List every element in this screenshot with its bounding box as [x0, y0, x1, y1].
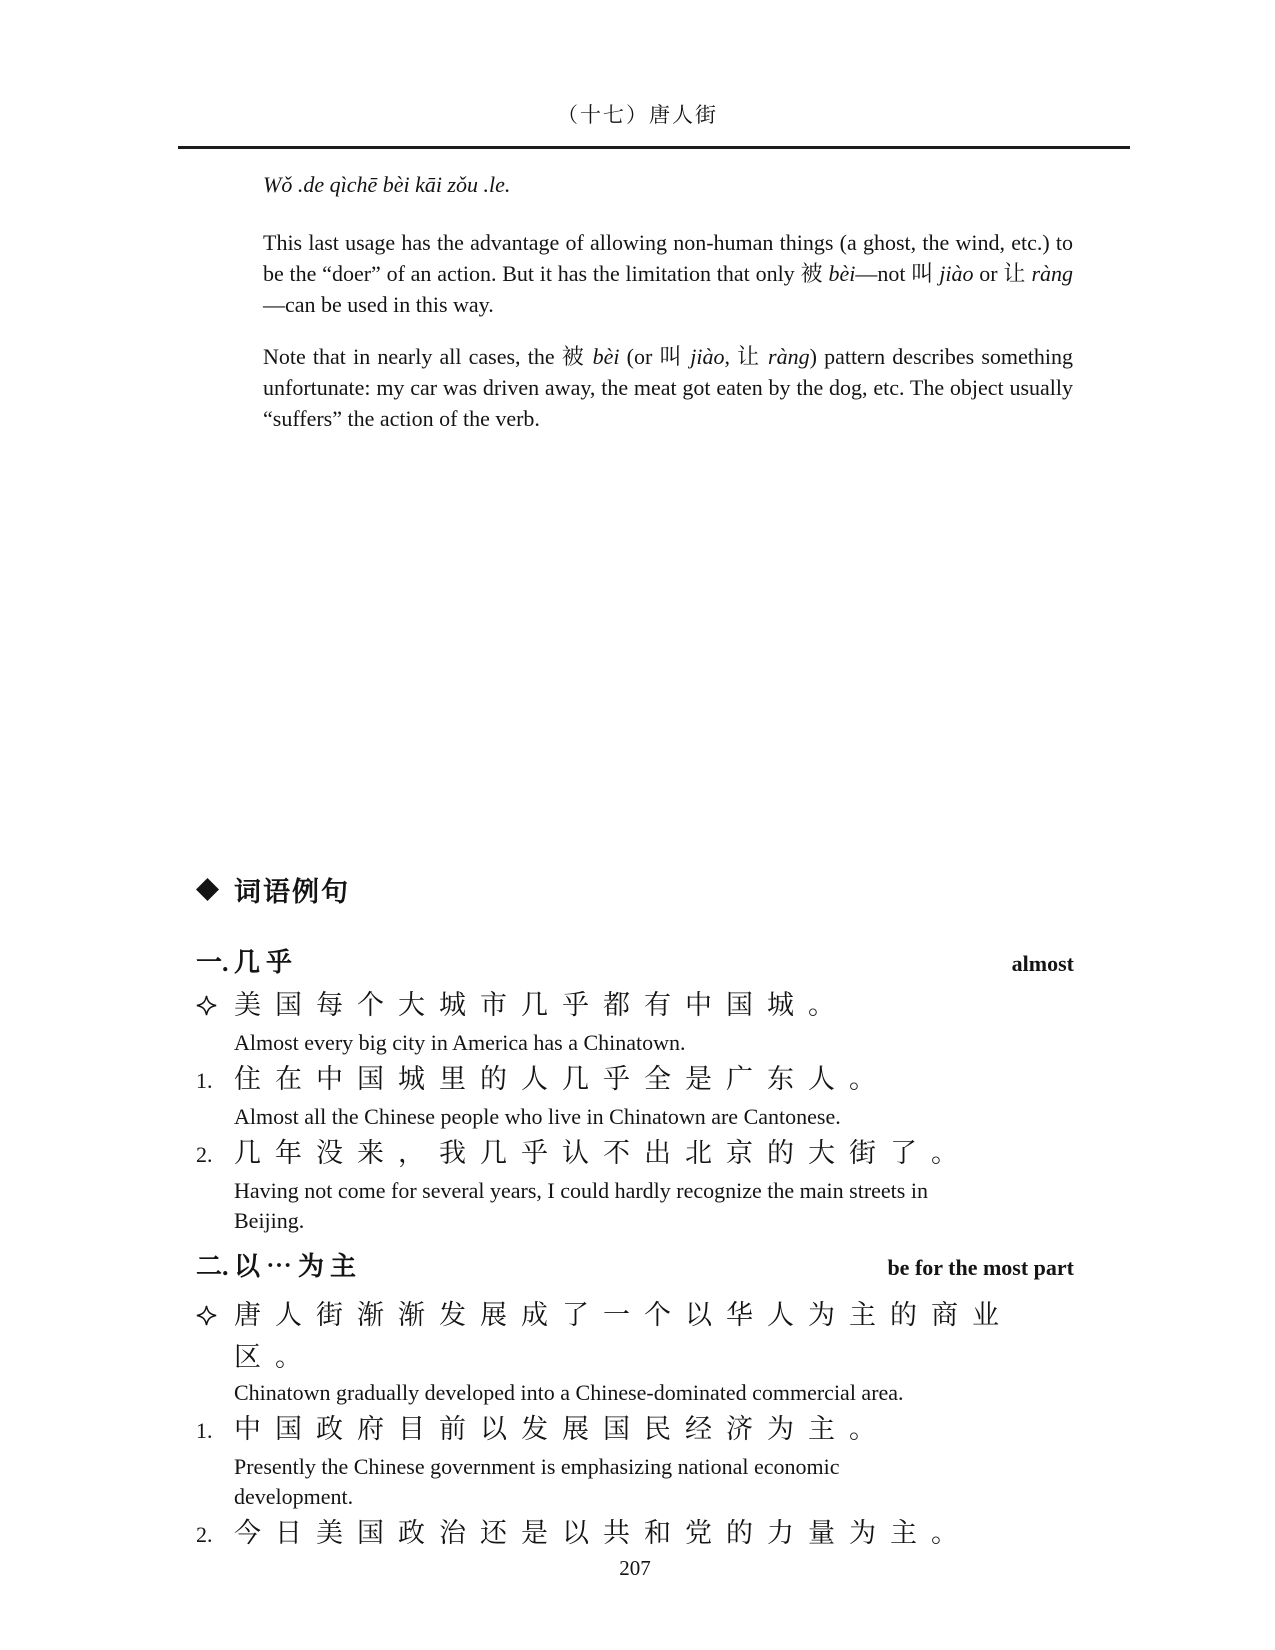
entry-1-gloss: almost: [1012, 951, 1074, 977]
entry-2-word: 以⋯为主: [234, 1246, 362, 1283]
vocab-title-text: 词语例句: [234, 870, 350, 909]
pinyin-example: Wǒ .de qìchē bèi kāi zǒu .le.: [263, 172, 510, 198]
example-chinese: 今日美国政治还是以共和党的力量为主。: [234, 1512, 972, 1554]
example-english-line: Having not come for several years, I cou…: [196, 1176, 1074, 1206]
entry-2-examples: 唐人街渐渐发展成了一个以华人为主的商业区。 Chinatown graduall…: [196, 1294, 1074, 1556]
example-english-line: Chinatown gradually developed into a Chi…: [196, 1378, 1074, 1408]
four-pointed-star-icon: [196, 1296, 234, 1338]
example-chinese: 美国每个大城市几乎都有中国城。: [234, 984, 849, 1026]
example-row: 2. 今日美国政治还是以共和党的力量为主。: [196, 1512, 1074, 1556]
example-row: 1. 中国政府目前以发展国民经济为主。: [196, 1408, 1074, 1452]
example-english-line: Almost all the Chinese people who live i…: [196, 1102, 1074, 1132]
header-rule: [178, 146, 1130, 149]
example-marker: 2.: [196, 1514, 234, 1556]
example-chinese: 唐人街渐渐发展成了一个以华人为主的商业区。: [234, 1294, 1074, 1378]
entry-2-term: 二. 以⋯为主: [196, 1246, 362, 1283]
page-header-title: （十七）唐人街: [0, 99, 1275, 129]
example-chinese: 中国政府目前以发展国民经济为主。: [234, 1408, 890, 1450]
example-english-line: Presently the Chinese government is emph…: [196, 1452, 1074, 1482]
example-row: 2. 几年没来，我几乎认不出北京的大街了。: [196, 1132, 1074, 1176]
entry-2-gloss: be for the most part: [887, 1255, 1074, 1281]
document-page: （十七）唐人街 Wǒ .de qìchē bèi kāi zǒu .le. Th…: [0, 0, 1275, 1650]
page-number: 207: [196, 1556, 1074, 1581]
four-pointed-star-icon: [196, 986, 234, 1028]
example-chinese: 几年没来，我几乎认不出北京的大街了。: [234, 1132, 972, 1174]
example-row: 美国每个大城市几乎都有中国城。: [196, 984, 1074, 1028]
entry-1-number: 一.: [196, 942, 234, 979]
entry-1-word: 几乎: [234, 942, 298, 979]
entry-heading-1: 一. 几乎 almost: [196, 942, 1074, 979]
entry-1-examples: 美国每个大城市几乎都有中国城。 Almost every big city in…: [196, 984, 1074, 1236]
section-diamond-icon: [196, 878, 234, 901]
example-marker: 1.: [196, 1410, 234, 1452]
example-row: 唐人街渐渐发展成了一个以华人为主的商业区。: [196, 1294, 1074, 1378]
intro-paragraph-2: Note that in nearly all cases, the 被 bèi…: [263, 341, 1073, 434]
example-marker: 1.: [196, 1060, 234, 1102]
entry-2-number: 二.: [196, 1246, 234, 1283]
example-english-line: Beijing.: [196, 1206, 1074, 1236]
intro-paragraph-1: This last usage has the advantage of all…: [263, 227, 1073, 320]
entry-heading-2: 二. 以⋯为主 be for the most part: [196, 1246, 1074, 1283]
example-english-line: Almost every big city in America has a C…: [196, 1028, 1074, 1058]
example-row: 1. 住在中国城里的人几乎全是广东人。: [196, 1058, 1074, 1102]
vocab-section-title: 词语例句: [196, 870, 350, 909]
entry-1-term: 一. 几乎: [196, 942, 298, 979]
example-english-line: development.: [196, 1482, 1074, 1512]
example-chinese: 住在中国城里的人几乎全是广东人。: [234, 1058, 890, 1100]
example-marker: 2.: [196, 1134, 234, 1176]
